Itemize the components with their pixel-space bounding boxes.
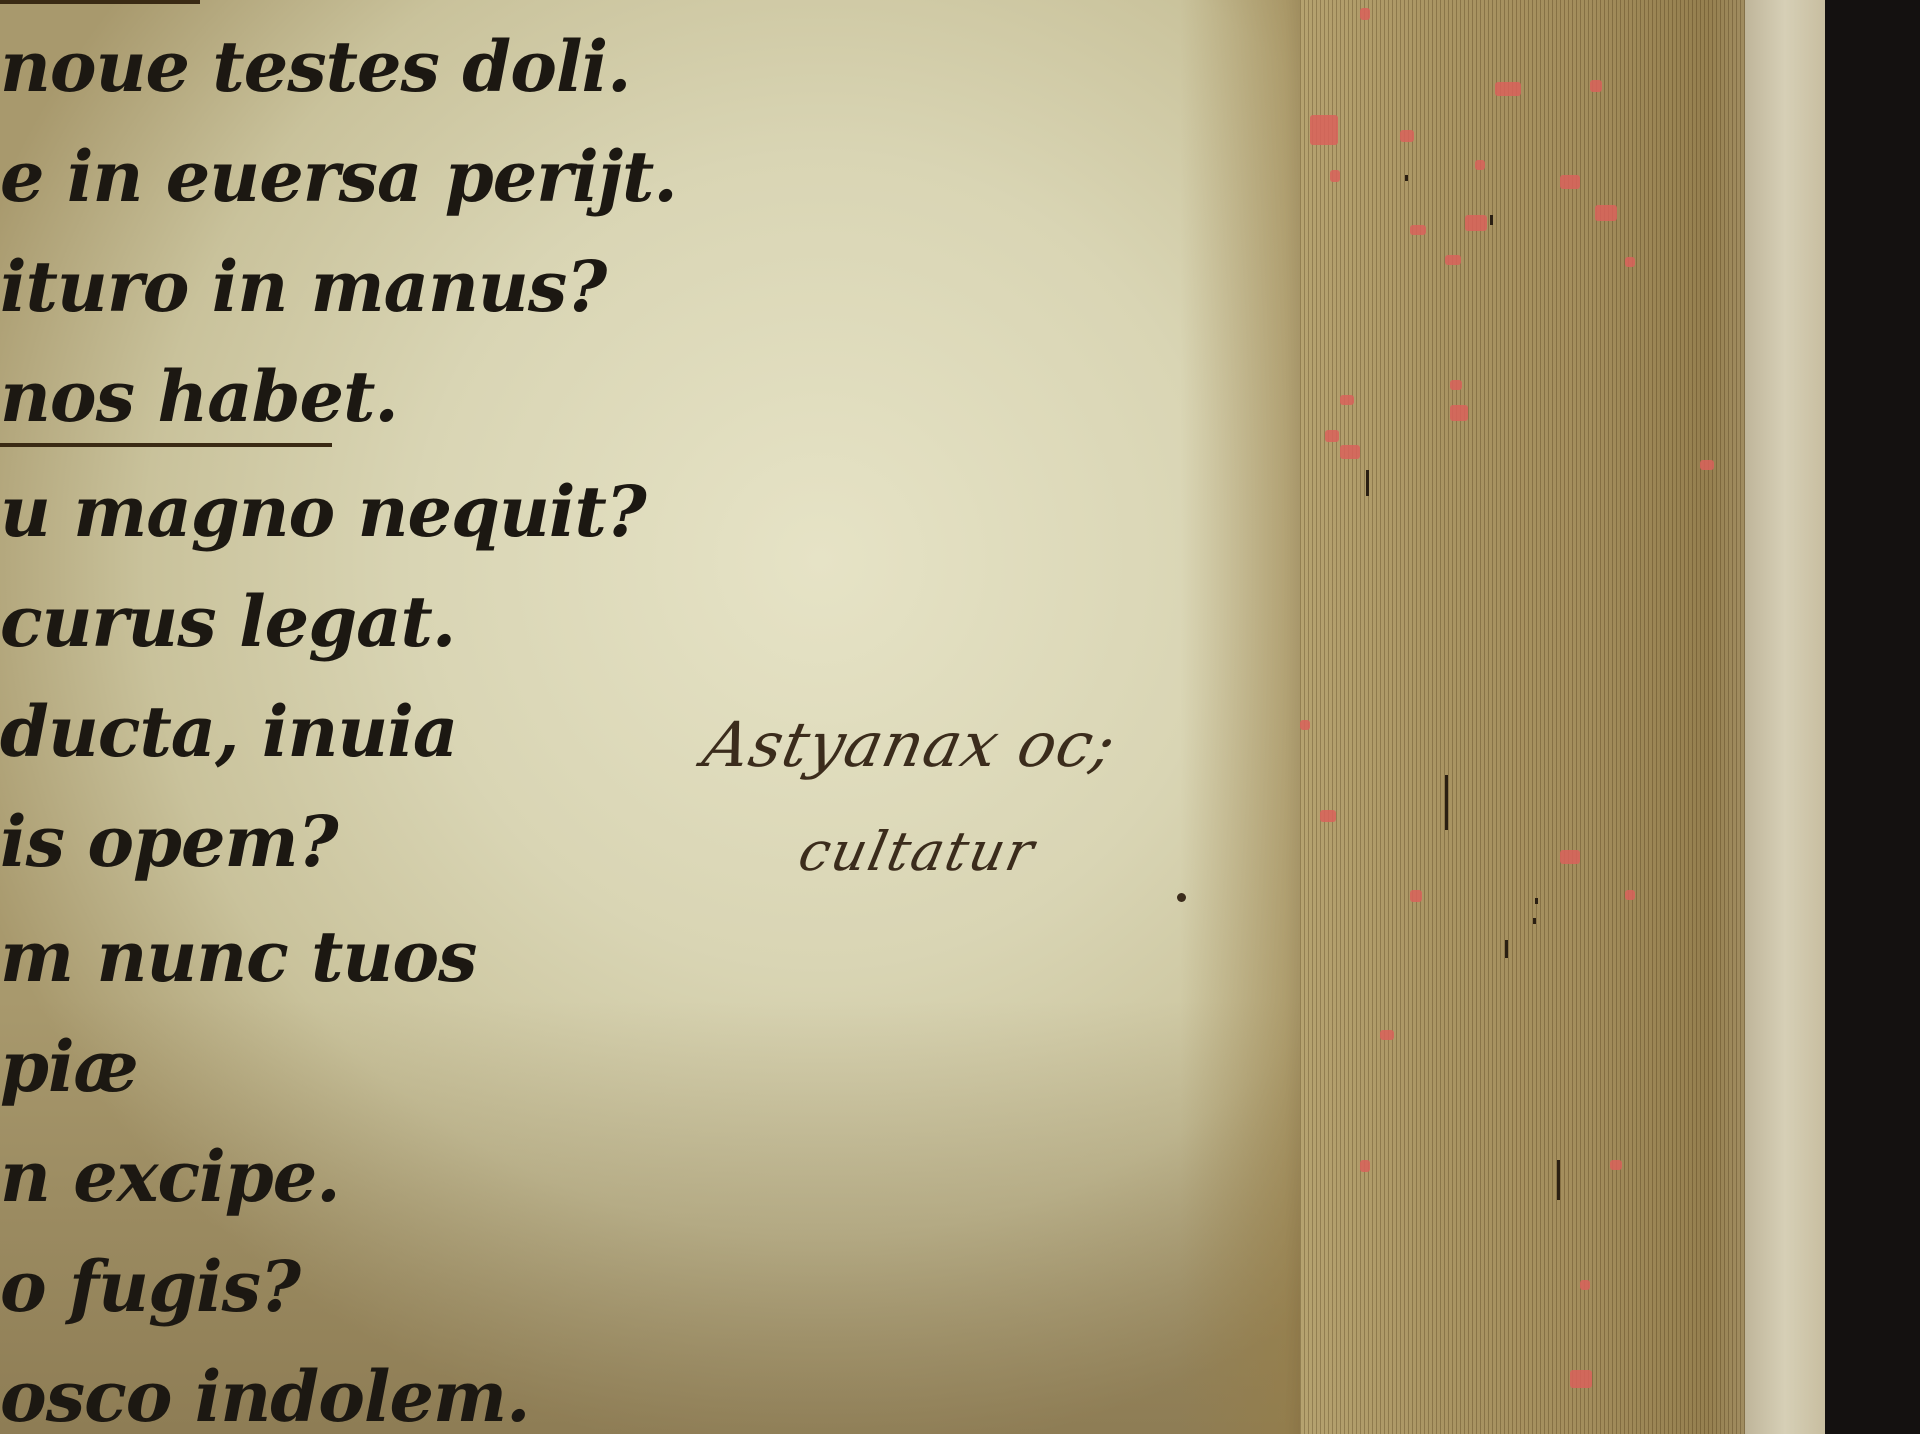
annotation-line-2: cultatur [793,820,1041,883]
endpaper-edge [1745,0,1825,1434]
section-rule [0,443,332,447]
printed-line: curus legat. [0,580,455,663]
printed-line: nos habet. [0,355,398,438]
annotation-period [1177,893,1186,902]
printed-line: m nunc tuos [0,915,476,998]
printed-line: is opem? [0,800,338,883]
printed-line: ituro in manus? [0,245,606,328]
printed-line: o fugis? [0,1245,300,1328]
printed-line: piæ [0,1025,138,1108]
printed-line: u magno nequit? [0,470,646,553]
annotation-line-1: Astyanax oc; [697,708,1123,781]
printed-line: e in euersa perijt. [0,135,677,218]
printed-line: noue testes doli. [0,25,631,108]
book-cover-dark [1825,0,1920,1434]
printed-text-column: noue testes doli. e in euersa perijt. it… [0,0,600,1434]
printed-line: ducta, inuia [0,690,457,773]
printed-line: osco indolem. [0,1355,529,1434]
page-fore-edge [1300,0,1780,1434]
printed-line: n excipe. [0,1135,340,1218]
